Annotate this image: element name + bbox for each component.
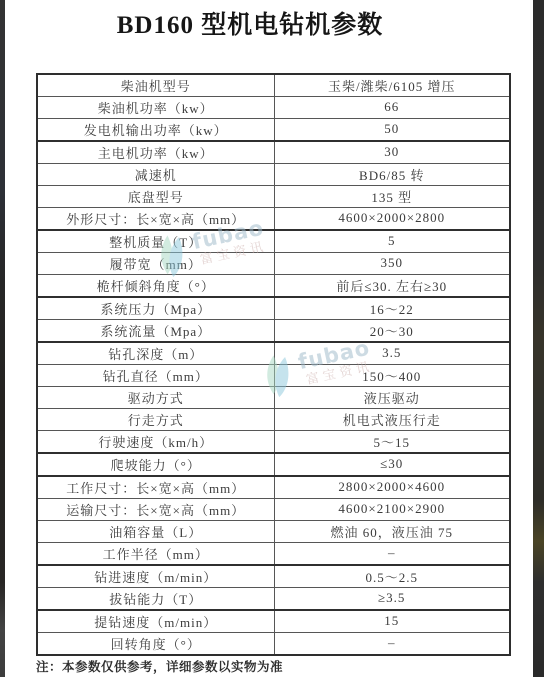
- param-value: 机电式液压行走: [274, 408, 510, 430]
- table-row: 行驶速度（km/h）5～15: [37, 430, 510, 453]
- table-row: 油箱容量（L）燃油 60，液压油 75: [37, 520, 510, 542]
- footnote: 注：本参数仅供参考，详细参数以实物为准: [36, 657, 283, 675]
- param-label: 发电机输出功率（kw）: [37, 118, 274, 141]
- table-row: 工作半径（mm）–: [37, 542, 510, 565]
- param-value: 66: [274, 97, 510, 119]
- param-label: 钻孔深度（m）: [37, 342, 274, 365]
- param-label: 油箱容量（L）: [37, 520, 274, 542]
- param-label: 底盘型号: [37, 185, 274, 207]
- spec-table: 柴油机型号玉柴/潍柴/6105 增压 柴油机功率（kw）66 发电机输出功率（k…: [36, 73, 511, 656]
- param-label: 桅杆倾斜角度（°）: [37, 274, 274, 297]
- param-value: 4600×2000×2800: [274, 207, 510, 230]
- param-label: 拔钻能力（T）: [37, 587, 274, 610]
- param-label: 驱动方式: [37, 386, 274, 408]
- param-value: –: [274, 632, 510, 655]
- table-row: 柴油机功率（kw）66: [37, 97, 510, 119]
- param-label: 运输尺寸：长×宽×高（mm）: [37, 498, 274, 520]
- param-label: 工作尺寸：长×宽×高（mm）: [37, 476, 274, 499]
- param-label: 钻孔直径（mm）: [37, 364, 274, 386]
- param-label: 提钻速度（m/min）: [37, 610, 274, 633]
- left-edge-strip: [0, 0, 5, 677]
- table-row: 爬坡能力（°）≤30: [37, 453, 510, 476]
- param-value: 4600×2100×2900: [274, 498, 510, 520]
- table-row: 工作尺寸：长×宽×高（mm）2800×2000×4600: [37, 476, 510, 499]
- param-label: 主电机功率（kw）: [37, 141, 274, 164]
- table-row: 拔钻能力（T）≥3.5: [37, 587, 510, 610]
- param-label: 系统流量（Mpa）: [37, 319, 274, 342]
- param-label: 外形尺寸：长×宽×高（mm）: [37, 207, 274, 230]
- table-row: 发电机输出功率（kw）50: [37, 118, 510, 141]
- param-value: 玉柴/潍柴/6105 增压: [274, 74, 510, 97]
- param-value: 16～22: [274, 297, 510, 320]
- param-value: –: [274, 542, 510, 565]
- param-label: 柴油机功率（kw）: [37, 97, 274, 119]
- table-row: 系统压力（Mpa）16～22: [37, 297, 510, 320]
- table-row: 履带宽（mm）350: [37, 252, 510, 274]
- table-row: 主电机功率（kw）30: [37, 141, 510, 164]
- param-value: 135 型: [274, 185, 510, 207]
- table-row: 驱动方式液压驱动: [37, 386, 510, 408]
- param-value: 50: [274, 118, 510, 141]
- table-row: 钻进速度（m/min）0.5～2.5: [37, 565, 510, 588]
- table-row: 钻孔直径（mm）150～400: [37, 364, 510, 386]
- page-title: BD160 型机电钻机参数: [0, 5, 500, 41]
- param-value: 350: [274, 252, 510, 274]
- table-row: 底盘型号135 型: [37, 185, 510, 207]
- param-label: 柴油机型号: [37, 74, 274, 97]
- table-row: 系统流量（Mpa）20～30: [37, 319, 510, 342]
- table-row: 整机质量（T）5: [37, 230, 510, 253]
- param-label: 钻进速度（m/min）: [37, 565, 274, 588]
- table-row: 回转角度（°）–: [37, 632, 510, 655]
- param-value: 0.5～2.5: [274, 565, 510, 588]
- param-value: 5: [274, 230, 510, 253]
- table-row: 柴油机型号玉柴/潍柴/6105 增压: [37, 74, 510, 97]
- table-row: 外形尺寸：长×宽×高（mm）4600×2000×2800: [37, 207, 510, 230]
- param-label: 系统压力（Mpa）: [37, 297, 274, 320]
- param-label: 履带宽（mm）: [37, 252, 274, 274]
- param-label: 工作半径（mm）: [37, 542, 274, 565]
- table-row: 钻孔深度（m）3.5: [37, 342, 510, 365]
- param-value: 20～30: [274, 319, 510, 342]
- table-row: 运输尺寸：长×宽×高（mm）4600×2100×2900: [37, 498, 510, 520]
- param-value: ≥3.5: [274, 587, 510, 610]
- param-label: 减速机: [37, 163, 274, 185]
- param-value: 15: [274, 610, 510, 633]
- param-value: 5～15: [274, 430, 510, 453]
- param-value: BD6/85 转: [274, 163, 510, 185]
- param-label: 爬坡能力（°）: [37, 453, 274, 476]
- table-row: 提钻速度（m/min）15: [37, 610, 510, 633]
- param-label: 回转角度（°）: [37, 632, 274, 655]
- table-row: 减速机BD6/85 转: [37, 163, 510, 185]
- param-value: 3.5: [274, 342, 510, 365]
- param-value: 150～400: [274, 364, 510, 386]
- param-value: ≤30: [274, 453, 510, 476]
- param-value: 前后≤30. 左右≥30: [274, 274, 510, 297]
- param-value: 2800×2000×4600: [274, 476, 510, 499]
- document-page: { "page": { "title": "BD160 型机电钻机参数", "n…: [0, 0, 544, 677]
- param-value: 液压驱动: [274, 386, 510, 408]
- param-label: 整机质量（T）: [37, 230, 274, 253]
- table-row: 行走方式机电式液压行走: [37, 408, 510, 430]
- right-edge-strip: [533, 0, 544, 677]
- param-label: 行走方式: [37, 408, 274, 430]
- table-row: 桅杆倾斜角度（°）前后≤30. 左右≥30: [37, 274, 510, 297]
- param-value: 30: [274, 141, 510, 164]
- param-value: 燃油 60，液压油 75: [274, 520, 510, 542]
- param-label: 行驶速度（km/h）: [37, 430, 274, 453]
